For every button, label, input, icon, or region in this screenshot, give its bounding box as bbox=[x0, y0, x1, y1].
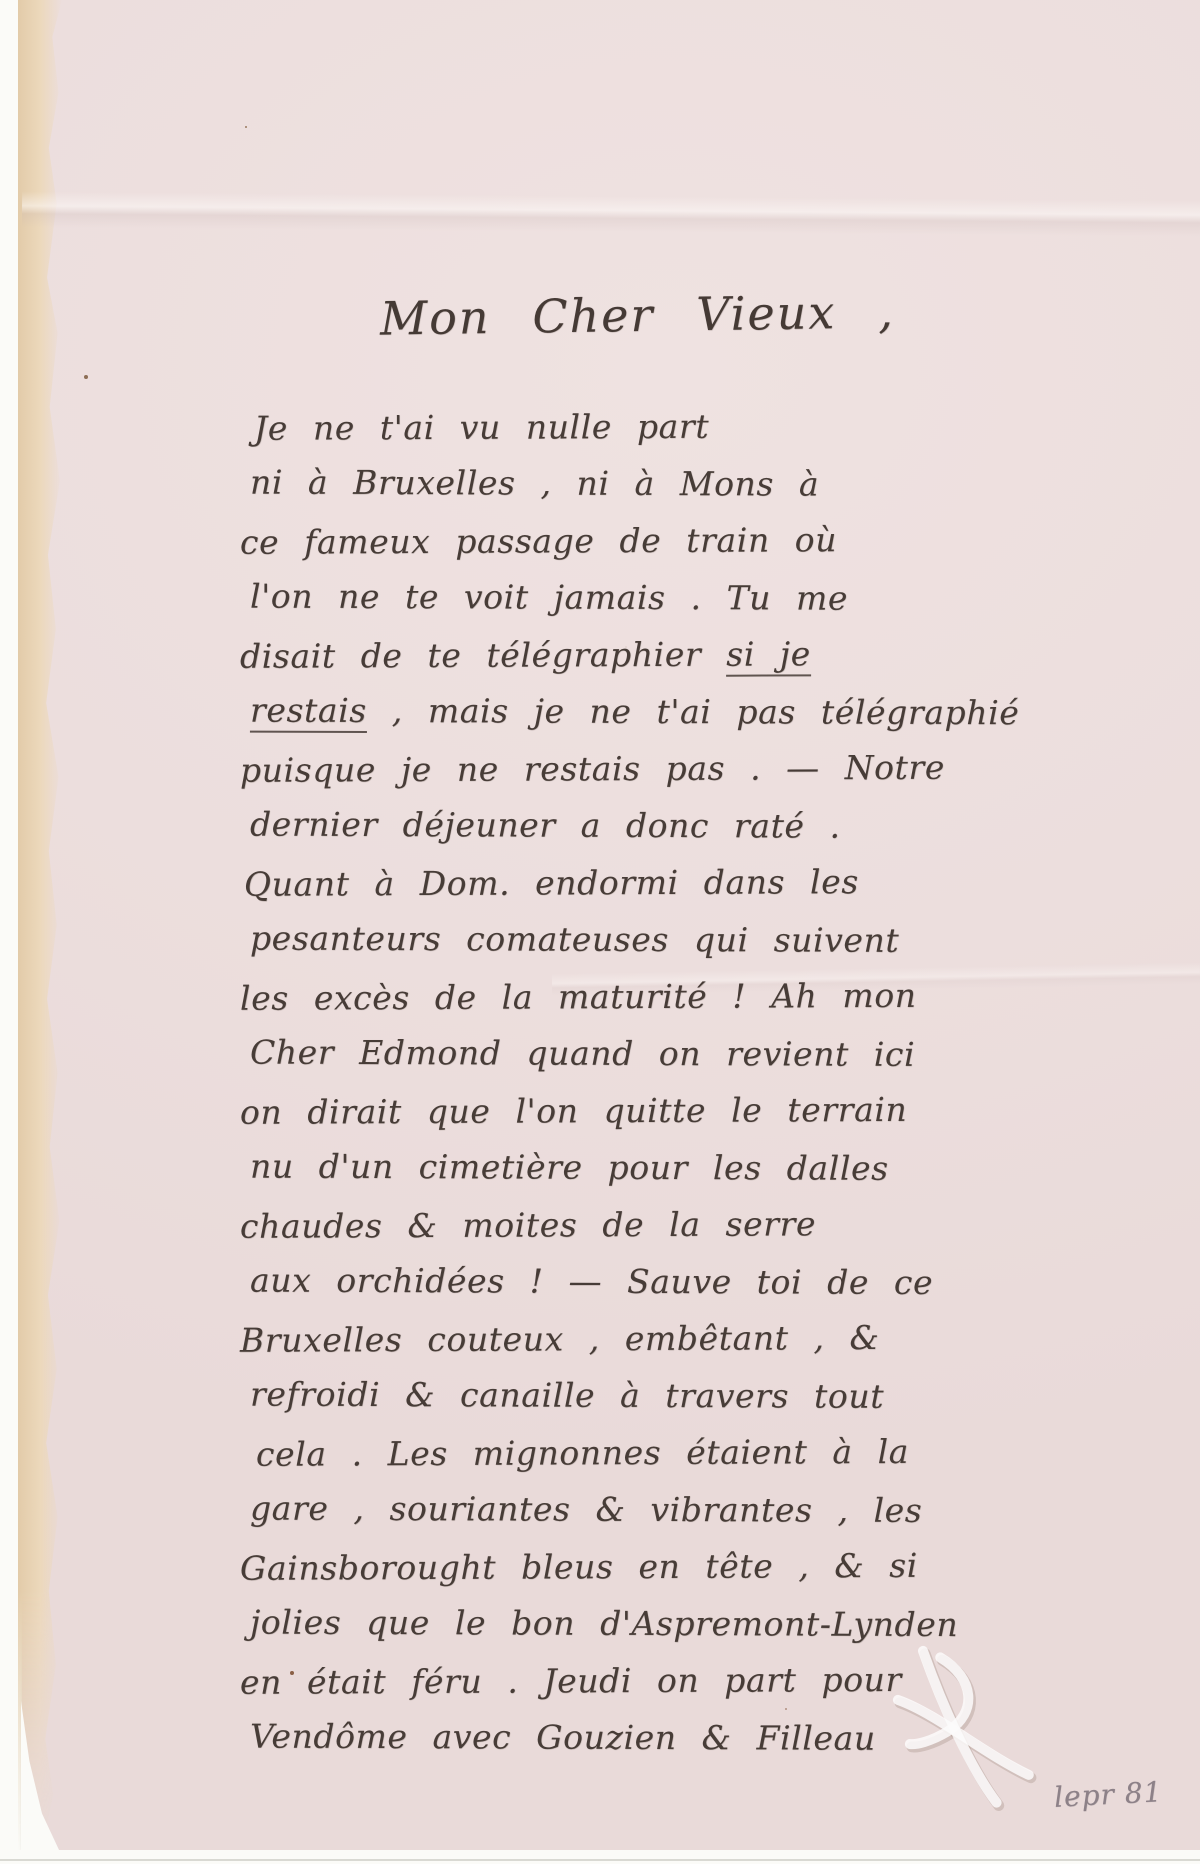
letter-line: ce fameux passage de train où bbox=[240, 510, 1070, 571]
letter-line: Cher Edmond quand on revient ici bbox=[250, 1024, 1070, 1084]
pencil-inventory-mark: lepr 81 bbox=[1053, 1775, 1163, 1814]
letter-line: ni à Bruxelles , ni à Mons à bbox=[250, 454, 1070, 514]
letter-line: puisque je ne restais pas . — Notre bbox=[240, 738, 1070, 799]
letter-line: dernier déjeuner a donc raté . bbox=[250, 796, 1070, 856]
letter-line: Bruxelles couteux , embêtant , & bbox=[240, 1308, 1070, 1369]
scanner-edge-shadow bbox=[0, 1859, 1200, 1861]
letter-line: pesanteurs comateuses qui suivent bbox=[250, 910, 1070, 970]
salutation: Mon Cher Vieux , bbox=[380, 284, 895, 345]
letter-line: gare , souriantes & vibrantes , les bbox=[250, 1480, 1070, 1540]
letter-line: Gainsborought bleus en tête , & si bbox=[240, 1536, 1070, 1597]
letter-line: refroidi & canaille à travers tout bbox=[250, 1366, 1070, 1426]
letter-line: Vendôme avec Gouzien & Filleau bbox=[250, 1708, 1070, 1768]
letter-line: Je ne t'ai vu nulle part bbox=[254, 396, 1070, 457]
letter-paper: Mon Cher Vieux , Je ne t'ai vu nulle par… bbox=[22, 0, 1200, 1850]
letter-line: jolies que le bon d'Aspremont-Lynden bbox=[250, 1594, 1070, 1654]
letter-line: Quant à Dom. endormi dans les bbox=[244, 852, 1070, 913]
scanner-background bbox=[0, 1850, 1200, 1864]
letter-line: cela . Les mignonnes étaient à la bbox=[256, 1422, 1070, 1483]
torn-left-edge bbox=[18, 0, 62, 1850]
fold-crease-icon bbox=[22, 191, 1200, 236]
letter-line: aux orchidées ! — Sauve toi de ce bbox=[250, 1252, 1070, 1312]
letter-line: disait de te télégraphier si je bbox=[240, 624, 1070, 685]
letter-line: restais , mais je ne t'ai pas télégraphi… bbox=[250, 682, 1070, 742]
letter-line: l'on ne te voit jamais . Tu me bbox=[250, 568, 1070, 628]
foxing-speck bbox=[84, 375, 88, 379]
letter-body: Je ne t'ai vu nulle partni à Bruxelles ,… bbox=[240, 398, 1070, 1766]
letter-line: nu d'un cimetière pour les dalles bbox=[250, 1138, 1070, 1198]
scanned-letter-page: Mon Cher Vieux , Je ne t'ai vu nulle par… bbox=[0, 0, 1200, 1864]
letter-line: les excès de la maturité ! Ah mon bbox=[240, 966, 1070, 1027]
letter-line: on dirait que l'on quitte le terrain bbox=[240, 1080, 1070, 1141]
letter-line: en était féru . Jeudi on part pour bbox=[240, 1650, 1070, 1711]
letter-line: chaudes & moites de la serre bbox=[240, 1194, 1070, 1255]
